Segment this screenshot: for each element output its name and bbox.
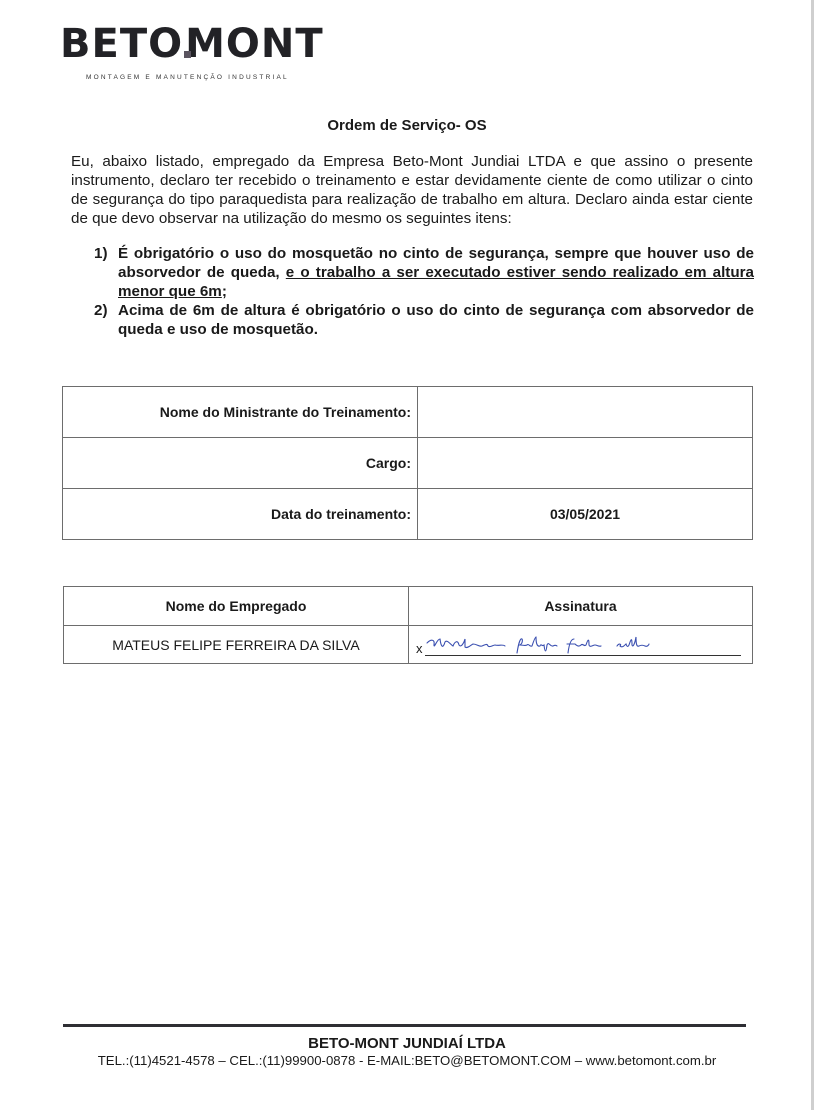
footer-divider: [63, 1024, 746, 1027]
signature-cell[interactable]: x: [409, 626, 753, 664]
table-row: Cargo:: [63, 438, 753, 489]
signature-header: Assinatura: [409, 587, 753, 626]
rule-item: 2)Acima de 6m de altura é obrigatório o …: [94, 301, 754, 339]
table-row: MATEUS FELIPE FERREIRA DA SILVA x: [64, 626, 753, 664]
role-field[interactable]: [418, 438, 753, 489]
signature-x-mark: x: [416, 642, 423, 656]
employee-name-header: Nome do Empregado: [64, 587, 409, 626]
handwritten-signature: [425, 637, 742, 656]
trainer-name-field[interactable]: [418, 387, 753, 438]
document-title: Ordem de Serviço- OS: [0, 117, 814, 134]
logo-tagline: MONTAGEM E MANUTENÇÃO INDUSTRIAL: [86, 74, 300, 81]
table-row: Nome do Ministrante do Treinamento:: [63, 387, 753, 438]
rules-list: 1)É obrigatório o uso do mosquetão no ci…: [94, 244, 754, 339]
trainer-name-label: Nome do Ministrante do Treinamento:: [63, 387, 418, 438]
footer-contact-info: TEL.:(11)4521-4578 – CEL.:(11)99900-0878…: [0, 1053, 814, 1068]
footer-company-name: BETO-MONT JUNDIAÍ LTDA: [0, 1035, 814, 1052]
training-info-table: Nome do Ministrante do Treinamento: Carg…: [62, 386, 753, 540]
training-date-label: Data do treinamento:: [63, 489, 418, 540]
role-label: Cargo:: [63, 438, 418, 489]
rule-item: 1)É obrigatório o uso do mosquetão no ci…: [94, 244, 754, 301]
training-date-field[interactable]: 03/05/2021: [418, 489, 753, 540]
logo-wordmark: BETOMONT: [60, 22, 300, 66]
table-row: Data do treinamento: 03/05/2021: [63, 489, 753, 540]
company-logo: BETOMONT MONTAGEM E MANUTENÇÃO INDUSTRIA…: [60, 22, 300, 81]
rule-suffix: ;: [222, 283, 227, 300]
signature-line: x: [416, 636, 741, 656]
rule-number: 2): [94, 301, 108, 320]
rule-text: Acima de 6m de altura é obrigatório o us…: [118, 302, 754, 338]
intro-paragraph: Eu, abaixo listado, empregado da Empresa…: [71, 152, 753, 228]
employee-name-cell: MATEUS FELIPE FERREIRA DA SILVA: [64, 626, 409, 664]
table-header-row: Nome do Empregado Assinatura: [64, 587, 753, 626]
employee-signature-table: Nome do Empregado Assinatura MATEUS FELI…: [63, 586, 753, 664]
rule-number: 1): [94, 244, 108, 263]
signature-scribble-icon: [425, 633, 665, 655]
